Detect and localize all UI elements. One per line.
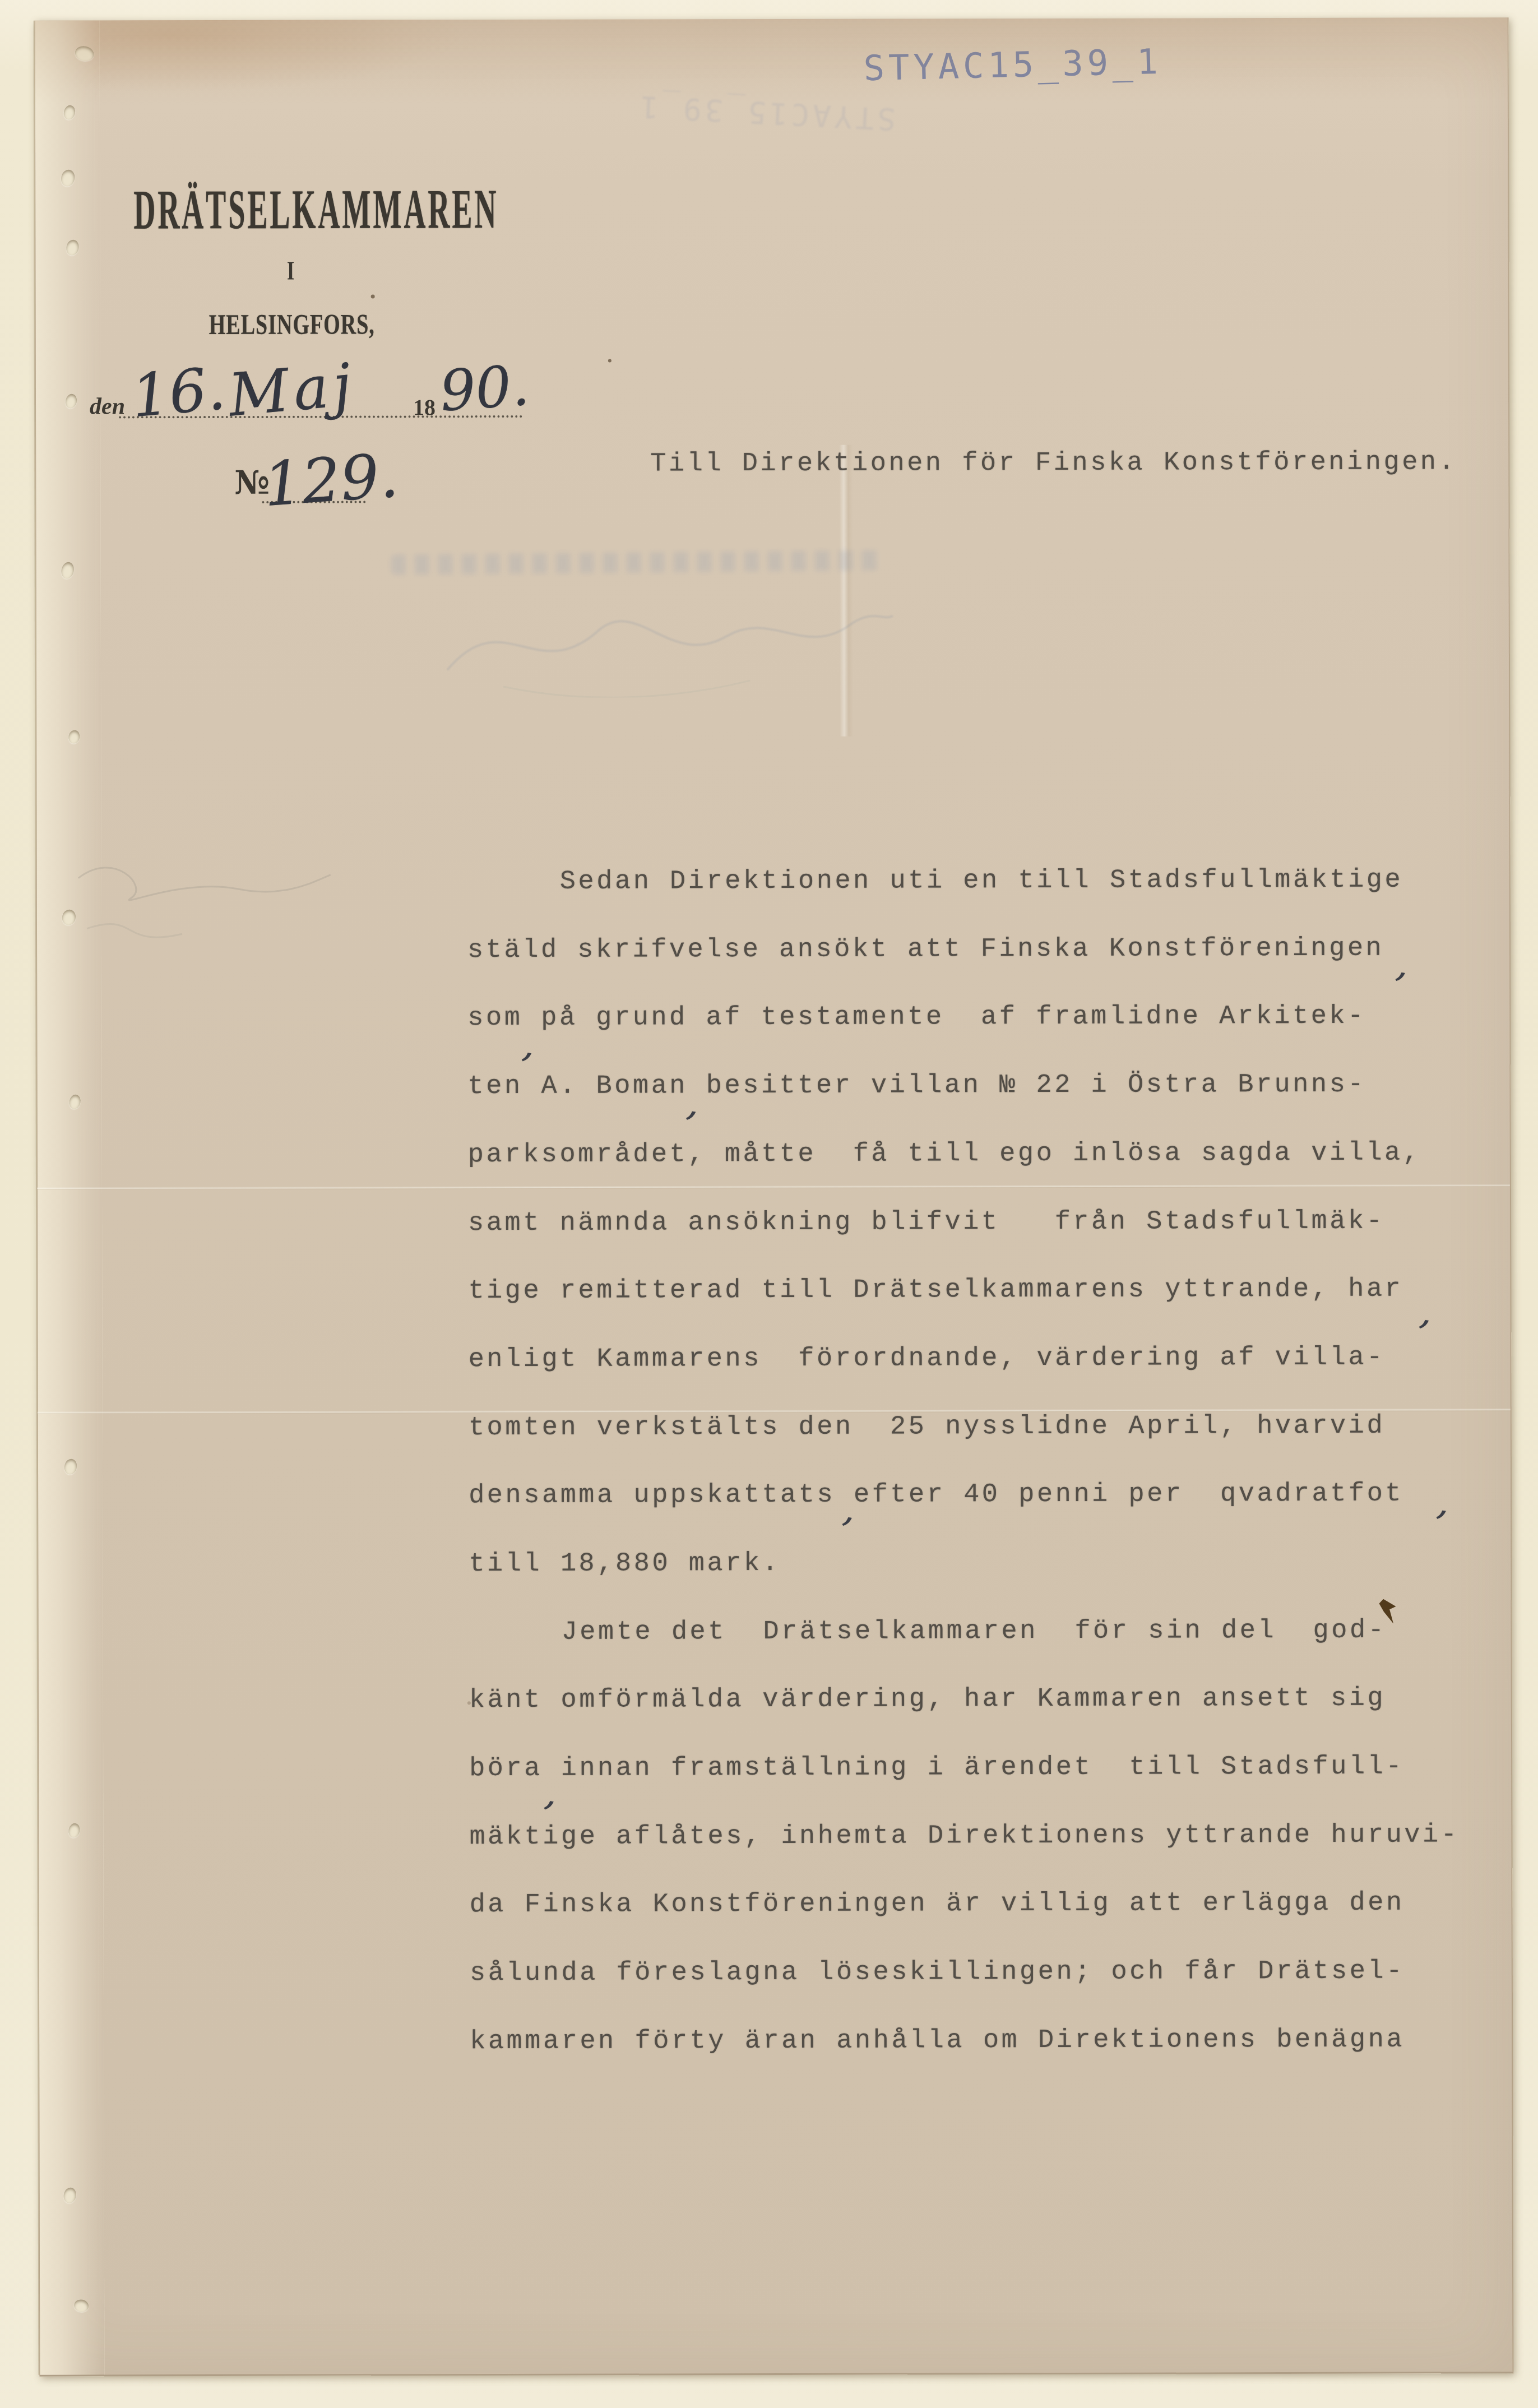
body-line: böra innan framställning i ärendet till … — [469, 1752, 1404, 1785]
handwritten-comma: , — [1395, 945, 1412, 984]
body-line: kammaren förty äran anhålla om Direktion… — [470, 2025, 1405, 2058]
vertical-crease — [839, 445, 853, 737]
handwritten-number: 129. — [262, 446, 401, 516]
body-line: parksområdet, måtte få till ego inlösa s… — [468, 1138, 1421, 1171]
body-line: ten A. Boman besitter villan № 22 i Östr… — [468, 1069, 1366, 1103]
body-line: känt omförmälda värdering, har Kammaren … — [469, 1683, 1386, 1717]
letterhead-city: HELSINGFORS, — [209, 311, 372, 340]
body-line: samt nämnda ansökning blifvit från Stads… — [468, 1206, 1384, 1240]
bleedthrough-text-line — [391, 550, 884, 575]
body-line: Jemte det Drätselkammaren för sin del go… — [562, 1615, 1387, 1648]
horizontal-crease — [37, 1184, 1510, 1190]
body-line: enligt Kammarens förordnande, värdering … — [469, 1342, 1385, 1376]
body-line: tige remitterad till Drätselkammarens yt… — [468, 1274, 1403, 1308]
letterhead-connector: I — [279, 258, 302, 285]
pencil-scribble — [70, 844, 339, 957]
bleedthrough-annotation: STYAC15_39_1 — [636, 89, 897, 137]
body-line: sålunda föreslagna löseskillingen; och f… — [470, 1956, 1405, 1990]
handwritten-month: Maj — [226, 355, 358, 425]
handwritten-comma: , — [1435, 1483, 1453, 1522]
body-line: densamma uppskattats efter 40 penni per … — [469, 1479, 1403, 1512]
letterhead-organization: DRÄTSELKAMMAREN — [133, 181, 447, 238]
bleedthrough-signature — [436, 568, 901, 698]
body-line: stäld skrifvelse ansökt att Finska Konst… — [467, 933, 1384, 967]
body-line: till 18,880 mark. — [469, 1548, 780, 1581]
body-line: mäktige aflåtes, inhemta Direktionens yt… — [469, 1819, 1459, 1853]
body-line: tomten verkstälts den 25 nysslidne April… — [469, 1411, 1385, 1444]
handwritten-comma: , — [1418, 1293, 1436, 1331]
body-line: da Finska Konstföreningen är villig att … — [470, 1888, 1405, 1921]
body-line: som på grund af testamente af framlidne … — [467, 1001, 1366, 1035]
recipient-line: Till Direktionen för Finska Konstförenin… — [650, 447, 1457, 480]
archive-code-annotation: STYAC15_39_1 — [863, 41, 1162, 89]
handwritten-day: 16. — [129, 359, 228, 426]
ink-speck — [371, 294, 375, 298]
printed-year-prefix: 18 — [413, 396, 436, 419]
body-line: Sedan Direktionen uti en till Stadsfullm… — [560, 865, 1403, 899]
date-label: den — [90, 395, 125, 418]
handwritten-year: 90. — [438, 357, 531, 419]
paper-stain — [40, 20, 466, 94]
ink-speck — [608, 359, 612, 363]
torn-left-edge — [34, 21, 105, 2375]
document-page: STYAC15_39_1 STYAC15_39_1 DRÄTSELKAMMARE… — [35, 17, 1514, 2376]
